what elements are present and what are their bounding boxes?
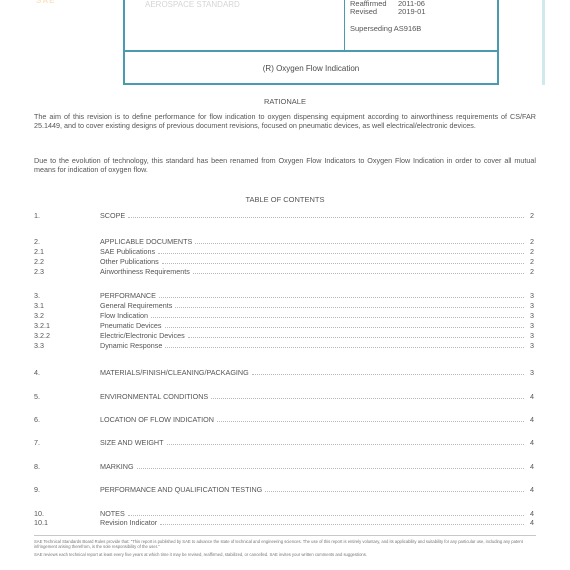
- toc-entry[interactable]: 2.APPLICABLE DOCUMENTS2: [34, 237, 534, 246]
- toc-entry[interactable]: 5.ENVIRONMENTAL CONDITIONS4: [34, 392, 534, 401]
- toc-entry[interactable]: 3.1General Requirements3: [34, 301, 534, 310]
- toc-entry-number: 8.: [34, 462, 100, 471]
- toc-entry-number: 2.: [34, 237, 100, 246]
- toc-dot-leader: [217, 421, 524, 422]
- toc-entry-page: 3: [524, 311, 534, 320]
- toc-entry[interactable]: 2.3Airworthiness Requirements2: [34, 267, 534, 276]
- header-top-section: AEROSPACE STANDARD Reaffirmed 2011-06 Re…: [125, 0, 497, 52]
- rationale-heading: RATIONALE: [0, 97, 570, 106]
- toc-entry-title: NOTES: [100, 509, 128, 518]
- footer-disclaimer-2: SAE reviews each technical report at lea…: [34, 552, 536, 557]
- toc-entry-number: 3.3: [34, 341, 100, 350]
- toc-entry[interactable]: 3.PERFORMANCE3: [34, 291, 534, 300]
- toc-entry-number: 4.: [34, 368, 100, 377]
- toc-entry-page: 2: [524, 257, 534, 266]
- toc-entry-number: 3.2.1: [34, 321, 100, 330]
- toc-entry-number: 5.: [34, 392, 100, 401]
- toc-dot-leader: [193, 273, 524, 274]
- toc-entry-title: Flow Indication: [100, 311, 151, 320]
- toc-entry[interactable]: 10.1Revision Indicator4: [34, 518, 534, 527]
- toc-entry-title: MATERIALS/FINISH/CLEANING/PACKAGING: [100, 368, 252, 377]
- toc-dot-leader: [160, 524, 524, 525]
- toc-dot-leader: [137, 468, 524, 469]
- toc-entry[interactable]: 3.2.2Electric/Electronic Devices3: [34, 331, 534, 340]
- toc-entry-title: Revision Indicator: [100, 518, 160, 527]
- toc-entry-number: 3.: [34, 291, 100, 300]
- toc-dot-leader: [158, 253, 524, 254]
- superseding-note: Superseding AS916B: [350, 24, 497, 33]
- toc-entry-page: 3: [524, 301, 534, 310]
- toc-dot-leader: [167, 444, 525, 445]
- toc-entry-title: Electric/Electronic Devices: [100, 331, 188, 340]
- toc-entry-title: APPLICABLE DOCUMENTS: [100, 237, 195, 246]
- toc-entry-title: SCOPE: [100, 211, 128, 220]
- toc-entry-title: SIZE AND WEIGHT: [100, 438, 167, 447]
- toc-entry[interactable]: 6.LOCATION OF FLOW INDICATION4: [34, 415, 534, 424]
- toc-entry-number: 1.: [34, 211, 100, 220]
- toc-dot-leader: [195, 243, 524, 244]
- toc-dot-leader: [151, 317, 524, 318]
- toc-dot-leader: [252, 374, 524, 375]
- toc-entry-page: 4: [524, 392, 534, 401]
- toc-entry-title: PERFORMANCE AND QUALIFICATION TESTING: [100, 485, 265, 494]
- toc-entry-number: 10.1: [34, 518, 100, 527]
- toc-entry-title: PERFORMANCE: [100, 291, 159, 300]
- toc-heading: TABLE OF CONTENTS: [0, 195, 570, 204]
- toc-dot-leader: [188, 337, 524, 338]
- toc-entry-page: 3: [524, 291, 534, 300]
- toc-entry-number: 2.1: [34, 247, 100, 256]
- toc-entry-title: LOCATION OF FLOW INDICATION: [100, 415, 217, 424]
- toc-entry-title: Airworthiness Requirements: [100, 267, 193, 276]
- toc-dot-leader: [165, 347, 524, 348]
- toc-entry-number: 2.2: [34, 257, 100, 266]
- toc-entry-page: 3: [524, 341, 534, 350]
- toc-entry[interactable]: 8.MARKING4: [34, 462, 534, 471]
- toc-dot-leader: [265, 491, 524, 492]
- toc-entry[interactable]: 2.2Other Publications2: [34, 257, 534, 266]
- toc-entry[interactable]: 3.2.1Pneumatic Devices3: [34, 321, 534, 330]
- toc-entry-title: Other Publications: [100, 257, 162, 266]
- rationale-paragraph-2: Due to the evolution of technology, this…: [34, 157, 536, 174]
- footer-disclaimer-1: SAE Technical Standards Board Rules prov…: [34, 539, 536, 549]
- footer-divider: [34, 535, 536, 536]
- toc-entry-number: 3.2: [34, 311, 100, 320]
- document-title: (R) Oxygen Flow Indication: [125, 54, 497, 83]
- toc-dot-leader: [175, 307, 524, 308]
- toc-entry-title: Dynamic Response: [100, 341, 165, 350]
- meta-row-revised: Revised 2019-01: [350, 8, 497, 16]
- toc-entry-title: General Requirements: [100, 301, 175, 310]
- toc-entry-title: MARKING: [100, 462, 137, 471]
- meta-value: 2019-01: [398, 8, 426, 16]
- toc-entry-page: 4: [524, 509, 534, 518]
- toc-entry-page: 4: [524, 415, 534, 424]
- toc-dot-leader: [128, 515, 524, 516]
- header-accent-bar: [542, 0, 545, 85]
- toc-entry-title: Pneumatic Devices: [100, 321, 165, 330]
- toc-entry[interactable]: 9.PERFORMANCE AND QUALIFICATION TESTING4: [34, 485, 534, 494]
- meta-label: Revised: [350, 8, 398, 16]
- document-header-box: AEROSPACE STANDARD Reaffirmed 2011-06 Re…: [123, 0, 499, 85]
- toc-entry-page: 3: [524, 368, 534, 377]
- toc-entry-number: 2.3: [34, 267, 100, 276]
- toc-entry-number: 6.: [34, 415, 100, 424]
- toc-entry[interactable]: 3.2Flow Indication3: [34, 311, 534, 320]
- toc-entry-number: 9.: [34, 485, 100, 494]
- toc-entry-number: 7.: [34, 438, 100, 447]
- toc-entry-page: 4: [524, 462, 534, 471]
- toc-entry[interactable]: 1.SCOPE2: [34, 211, 534, 220]
- toc-dot-leader: [211, 398, 524, 399]
- toc-entry-page: 2: [524, 237, 534, 246]
- header-doc-type: AEROSPACE STANDARD: [145, 0, 240, 9]
- toc-dot-leader: [128, 217, 524, 218]
- rationale-paragraph-1: The aim of this revision is to define pe…: [34, 113, 536, 130]
- toc-entry-page: 4: [524, 438, 534, 447]
- toc-entry-page: 4: [524, 485, 534, 494]
- toc-dot-leader: [159, 297, 524, 298]
- toc-entry-title: SAE Publications: [100, 247, 158, 256]
- toc-entry-page: 2: [524, 211, 534, 220]
- toc-entry-title: ENVIRONMENTAL CONDITIONS: [100, 392, 211, 401]
- toc-entry[interactable]: 3.3Dynamic Response3: [34, 341, 534, 350]
- toc-entry-page: 2: [524, 247, 534, 256]
- toc-entry[interactable]: 2.1SAE Publications2: [34, 247, 534, 256]
- header-meta-panel: Reaffirmed 2011-06 Revised 2019-01 Super…: [344, 0, 497, 50]
- toc-entry-number: 3.2.2: [34, 331, 100, 340]
- toc-dot-leader: [162, 263, 524, 264]
- toc-entry[interactable]: 4.MATERIALS/FINISH/CLEANING/PACKAGING3: [34, 368, 534, 377]
- toc-entry-page: 3: [524, 331, 534, 340]
- toc-entry-page: 4: [524, 518, 534, 527]
- toc-entry-number: 3.1: [34, 301, 100, 310]
- sae-logo: SAE: [36, 0, 108, 4]
- toc-dot-leader: [165, 327, 524, 328]
- toc-entry-page: 3: [524, 321, 534, 330]
- toc-entry-number: 10.: [34, 509, 100, 518]
- toc-entry[interactable]: 10.NOTES4: [34, 509, 534, 518]
- toc-entry-page: 2: [524, 267, 534, 276]
- toc-entry[interactable]: 7.SIZE AND WEIGHT4: [34, 438, 534, 447]
